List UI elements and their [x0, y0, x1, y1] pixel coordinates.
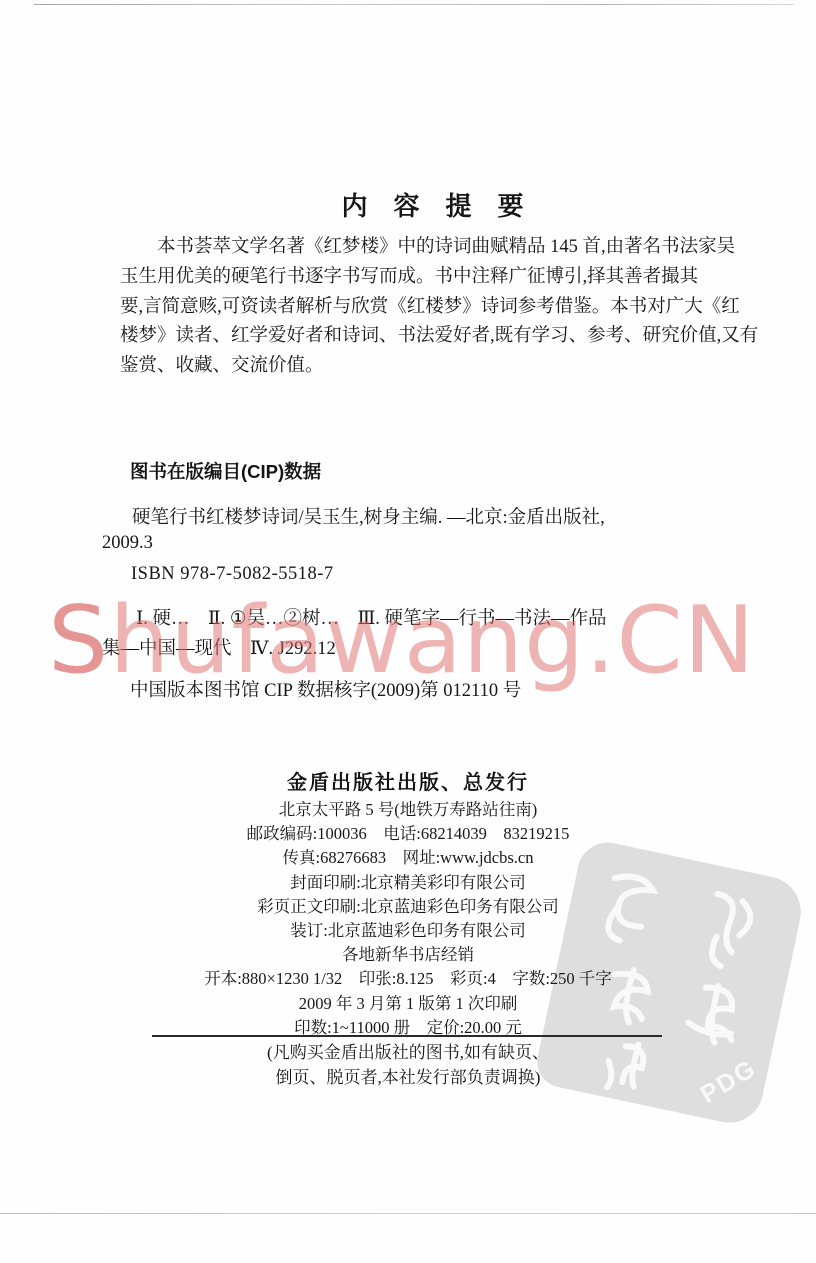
publisher-name: 金盾出版社出版、总发行: [95, 768, 721, 798]
colophon-divider-rule: [152, 1035, 662, 1037]
color-page-printer: 彩页正文印刷:北京蓝迪彩色印务有限公司: [95, 895, 721, 919]
cip-heading: 图书在版编目(CIP)数据: [130, 458, 321, 484]
summary-title: 内容提要: [120, 186, 745, 223]
book-copyright-page: PDG Shufawang.CN 内容提要 本书荟萃文学名著《红梦楼》中的诗词曲…: [0, 0, 816, 1263]
scan-artifact-line-bottom: [0, 1213, 816, 1214]
cip-classification-line-1: Ⅰ. 硬… Ⅱ. ①吴…②树… Ⅲ. 硬笔字—行书—书法—作品: [136, 604, 776, 630]
scan-artifact-line-top: [34, 4, 794, 5]
cip-record-number: 中国版本图书馆 CIP 数据核字(2009)第 012110 号: [130, 676, 770, 702]
cip-title-line: 硬笔行书红楼梦诗词/吴玉生,树身主编. —北京:金盾出版社,: [132, 503, 772, 529]
cover-printer: 封面印刷:北京精美彩印有限公司: [95, 871, 721, 895]
binder: 装订:北京蓝迪彩色印务有限公司: [95, 919, 721, 943]
summary-paragraph: 本书荟萃文学名著《红梦楼》中的诗词曲赋精品 145 首,由著名书法家吴 玉生用优…: [120, 233, 746, 382]
purchase-notice: (凡购买金盾出版社的图书,如有缺页、 倒页、脱页者,本社发行部负责调换): [95, 1040, 721, 1090]
purchase-notice-line-2: 倒页、脱页者,本社发行部负责调换): [95, 1065, 721, 1090]
summary-line: 要,言简意赅,可资读者解析与欣赏《红楼梦》诗词参考借鉴。本书对广大《红: [120, 293, 746, 323]
cip-isbn: ISBN 978-7-5082-5518-7: [131, 564, 771, 585]
cip-year-line: 2009.3: [102, 533, 742, 554]
summary-line: 楼梦》读者、红学爱好者和诗词、书法爱好者,既有学习、参考、研究价值,又有: [120, 322, 746, 352]
fax-website: 传真:68276683 网址:www.jdcbs.cn: [95, 846, 721, 870]
summary-line: 鉴赏、收藏、交流价值。: [120, 352, 746, 382]
colophon-block: 金盾出版社出版、总发行 北京太平路 5 号(地铁万寿路站往南) 邮政编码:100…: [95, 768, 721, 1040]
site-watermark-initial: S: [48, 586, 109, 694]
summary-line: 玉生用优美的硬笔行书逐字书写而成。书中注释广征博引,择其善者撮其: [120, 263, 746, 293]
cip-classification-line-2: 集—中国—现代 Ⅳ. J292.12: [102, 634, 742, 660]
format-sheets-line: 开本:880×1230 1/32 印张:8.125 彩页:4 字数:250 千字: [95, 967, 721, 991]
purchase-notice-line-1: (凡购买金盾出版社的图书,如有缺页、: [95, 1040, 721, 1065]
postal-code-phone: 邮政编码:100036 电话:68214039 83219215: [95, 822, 721, 846]
distributor: 各地新华书店经销: [95, 943, 721, 967]
publisher-address: 北京太平路 5 号(地铁万寿路站往南): [95, 798, 721, 822]
summary-line: 本书荟萃文学名著《红梦楼》中的诗词曲赋精品 145 首,由著名书法家吴: [120, 233, 746, 263]
edition-line: 2009 年 3 月第 1 版第 1 次印刷: [95, 992, 721, 1016]
